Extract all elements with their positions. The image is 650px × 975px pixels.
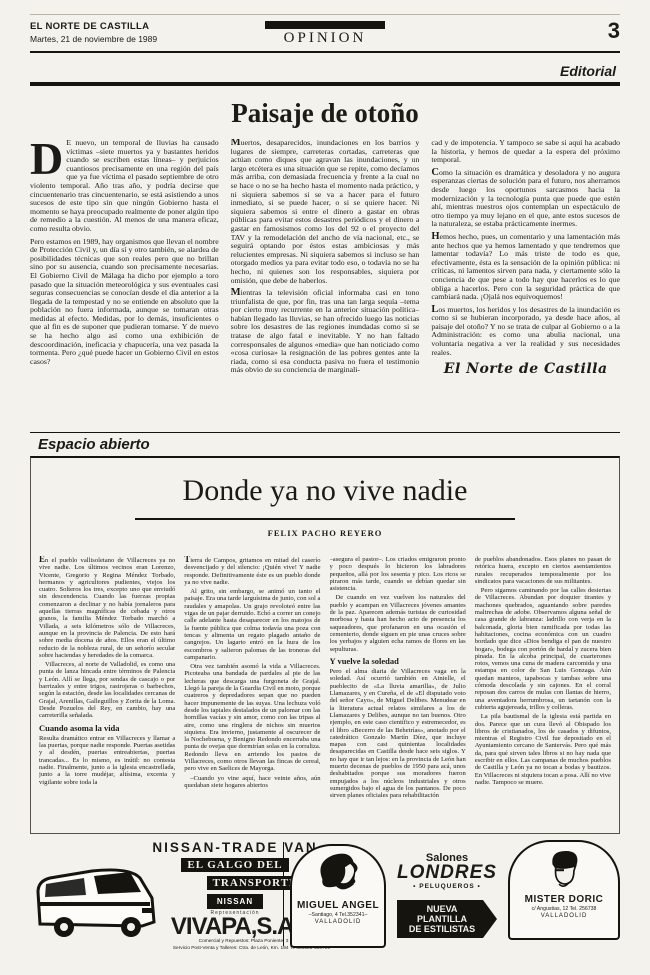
- salones-londres-ad[interactable]: MIGUEL ANGEL –Santiago, 4 Tel.352341– VA…: [290, 838, 620, 956]
- paragraph: Muertos, desaparecidos, inundaciones en …: [231, 139, 420, 285]
- masthead-center: OPINION: [235, 21, 415, 47]
- article-headline: Donde ya no vive nadie: [39, 474, 611, 508]
- mister-doric-box: MISTER DORIC c/ Angustias, 12 Tel. 25673…: [508, 840, 620, 940]
- subhead-y-vuelve-la-soledad: Y vuelve la soledad: [330, 658, 466, 665]
- editorial-headline: Paisaje de otoño: [30, 98, 620, 129]
- editorial-column-3: cad y de impotencia. Y tampoco se sabe s…: [431, 139, 620, 426]
- banner-line-1: NUEVA PLANTILLA: [403, 904, 481, 924]
- headline-rule: [135, 518, 515, 520]
- masthead-rule: [30, 51, 620, 53]
- paragraph: En el pueblo vallisoletano de Villacrece…: [39, 556, 175, 659]
- page-number: 3: [420, 21, 620, 41]
- paragraph: –Cuando yo vine aquí, hace veinte años, …: [184, 775, 320, 790]
- peluqueros-label: • PELUQUEROS •: [413, 883, 481, 890]
- man-profile-icon: [539, 846, 589, 889]
- paragraph: Mientras la televisión oficial informaba…: [231, 289, 420, 375]
- article-byline: FELIX PACHO REYERO: [39, 528, 611, 538]
- editorial-rule: [30, 82, 620, 86]
- paragraph: De cuando en vez vuelven los naturales d…: [330, 594, 466, 652]
- article-column-3: –asegura el pastor–. Los criados emigrar…: [330, 556, 466, 834]
- article-box: Donde ya no vive nadie FELIX PACHO REYER…: [30, 456, 620, 834]
- nissan-vivapa-ad[interactable]: NISSAN-TRADE VAN EL GALGO DEL TRANSPORTE…: [30, 838, 279, 956]
- paragraph: DE nuevo, un temporal de lluvias ha caus…: [30, 139, 219, 234]
- paragraph: Los muertos, los heridos y los desastres…: [431, 306, 620, 358]
- section-title: OPINION: [235, 30, 415, 47]
- paragraph: Resulta dramático entrar en Villacreces …: [39, 735, 175, 786]
- londres-label: LONDRES: [397, 864, 497, 882]
- masthead: EL NORTE DE CASTILLA Martes, 21 de novie…: [30, 14, 620, 51]
- mister-doric-address: c/ Angustias, 12 Tel. 256738: [510, 906, 618, 912]
- newspaper-name: EL NORTE DE CASTILLA: [30, 21, 230, 32]
- espacio-abierto-label: Espacio abierto: [38, 436, 620, 453]
- article-column-4: de pueblos abandonados. Esos planes no p…: [475, 556, 611, 834]
- paragraph: La pila bautismal de la iglesia está par…: [475, 713, 611, 786]
- slogan-line-1: EL GALGO DEL: [181, 858, 288, 872]
- paragraph: Villacreces, al norte de Valladolid, es …: [39, 661, 175, 719]
- paragraph: Otra vez también asomó la vida a Villacr…: [184, 663, 320, 772]
- nissan-logo: NISSAN: [207, 894, 263, 909]
- drop-cap: D: [30, 139, 66, 177]
- editorial-columns: DE nuevo, un temporal de lluvias ha caus…: [30, 139, 620, 426]
- paragraph: –asegura el pastor–. Los criados emigrar…: [330, 556, 466, 592]
- miguel-angel-city: VALLADOLID: [292, 919, 384, 925]
- espacio-abierto-section: Espacio abierto: [30, 432, 620, 453]
- section-bar: [265, 21, 385, 29]
- mister-doric-city: VALLADOLID: [510, 913, 618, 919]
- slogan-line-2: TRANSPORTE: [207, 876, 304, 890]
- divider: [30, 432, 620, 433]
- paragraph: Pero estamos en 1989, hay organismos que…: [30, 238, 219, 367]
- miguel-angel-box: MIGUEL ANGEL –Santiago, 4 Tel.352341– VA…: [290, 844, 386, 948]
- miguel-angel-address: –Santiago, 4 Tel.352341–: [292, 912, 384, 918]
- subhead-cuando-asoma-la-vida: Cuando asoma la vida: [39, 725, 175, 732]
- article-column-1: En el pueblo vallisoletano de Villacrece…: [39, 556, 175, 834]
- paragraph: Pero el alma diaria de Villacreces vaga …: [330, 668, 466, 799]
- masthead-left: EL NORTE DE CASTILLA Martes, 21 de novie…: [30, 21, 230, 44]
- salones-center: Salones LONDRES • PELUQUEROS • NUEVA PLA…: [391, 838, 503, 956]
- woman-profile-icon: [312, 850, 364, 895]
- paragraph: Pero sigamos caminando por las calles de…: [475, 587, 611, 711]
- article-column-2: Tierra de Campos, gritamos en mitad del …: [184, 556, 320, 834]
- advertisement-row: NISSAN-TRADE VAN EL GALGO DEL TRANSPORTE…: [30, 838, 620, 956]
- editorial-signature: El Norte de Castilla: [431, 365, 620, 374]
- paragraph: de pueblos abandonados. Esos planes no p…: [475, 556, 611, 585]
- paragraph: Al grito, sin embargo, se animó un tanto…: [184, 588, 320, 661]
- mister-doric-name: MISTER DORIC: [510, 894, 618, 905]
- nueva-plantilla-banner: NUEVA PLANTILLA DE ESTILISTAS: [397, 900, 497, 938]
- paragraph: cad y de impotencia. Y tampoco se sabe s…: [431, 139, 620, 165]
- newspaper-page: EL NORTE DE CASTILLA Martes, 21 de novie…: [0, 0, 650, 975]
- editorial-column-2: Muertos, desaparecidos, inundaciones en …: [231, 139, 420, 426]
- editorial-label: Editorial: [30, 63, 616, 79]
- paragraph: Como la situación es dramática y desolad…: [431, 169, 620, 229]
- banner-line-2: DE ESTILISTAS: [403, 924, 481, 934]
- editorial-column-1: DE nuevo, un temporal de lluvias ha caus…: [30, 139, 219, 426]
- issue-date: Martes, 21 de noviembre de 1989: [30, 34, 230, 44]
- paragraph: Hemos hecho, pues, un comentario y una l…: [431, 233, 620, 302]
- miguel-angel-name: MIGUEL ANGEL: [292, 900, 384, 911]
- article-columns: En el pueblo vallisoletano de Villacrece…: [39, 556, 611, 834]
- paragraph: Tierra de Campos, gritamos en mitad del …: [184, 556, 320, 586]
